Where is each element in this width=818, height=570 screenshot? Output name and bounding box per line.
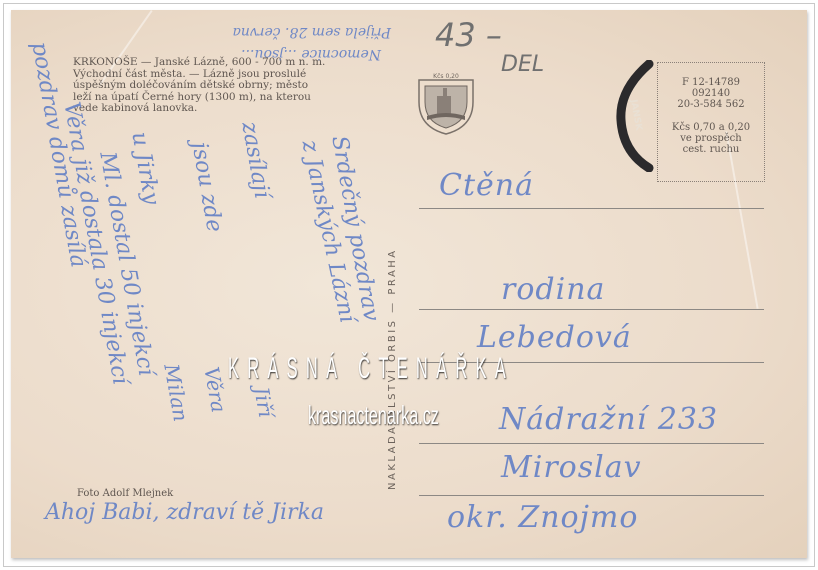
- caption-line: vede kabinová lanovka.: [73, 103, 373, 115]
- message-column: Jiří: [249, 385, 278, 419]
- postmark-icon: JANSK: [615, 60, 655, 172]
- address-line: [419, 309, 764, 310]
- message-column: u Jirky: [126, 130, 163, 207]
- postcard: KRKONOŠE — Janské Lázně, 600 - 700 m n. …: [11, 10, 807, 558]
- printed-caption: KRKONOŠE — Janské Lázně, 600 - 700 m n. …: [73, 57, 373, 115]
- stamp-line: 092140: [658, 88, 764, 99]
- tourism-emblem-icon: Kčs 0,20: [411, 72, 481, 136]
- address-line: [419, 495, 764, 496]
- pencil-code: DEL: [501, 52, 544, 77]
- address-street: Nádražní 233: [499, 402, 718, 437]
- address-line: [419, 208, 764, 209]
- photo-credit: Foto Adolf Mlejnek: [77, 488, 173, 499]
- pencil-number: 43 –: [435, 16, 502, 54]
- stamp-line: Kčs 0,70 a 0,20: [658, 122, 764, 133]
- svg-text:Kčs 0,20: Kčs 0,20: [433, 73, 459, 80]
- message-column: Věra: [199, 365, 231, 414]
- address-name: Lebedová: [477, 320, 632, 355]
- message-column: zasílají: [236, 120, 274, 200]
- svg-text:JANSK: JANSK: [628, 98, 644, 133]
- watermark-title: KRÁSNÁ ČTENÁŘKA: [228, 352, 514, 386]
- address-district: okr. Znojmo: [447, 500, 638, 535]
- address-line: [419, 443, 764, 444]
- address-town: Miroslav: [501, 450, 642, 485]
- stamp-line: 20-3-584 562: [658, 99, 764, 110]
- stamp-line: ve prospěch: [658, 133, 764, 144]
- message-column: jsou zde: [186, 140, 226, 234]
- stamp-area: F 12-14789 092140 20-3-584 562 Kčs 0,70 …: [657, 62, 765, 182]
- message-upside-down: Přijela sem 28. června: [233, 24, 392, 40]
- signoff: Ahoj Babi, zdraví tě Jirka: [45, 500, 324, 525]
- message-upside-down: Nemocnice ...jsou...: [241, 46, 381, 62]
- stamp-line: cest. ruchu: [658, 144, 764, 155]
- address-salutation: Ctěná: [439, 168, 534, 203]
- watermark-url: krasnactenarka.cz: [308, 400, 439, 431]
- stamp-line: F 12-14789: [658, 77, 764, 88]
- address-recipient: rodina: [501, 272, 605, 307]
- message-column: Milan: [159, 362, 193, 423]
- caption-line: úspěšným doléčováním dětské obrny; město: [73, 80, 373, 92]
